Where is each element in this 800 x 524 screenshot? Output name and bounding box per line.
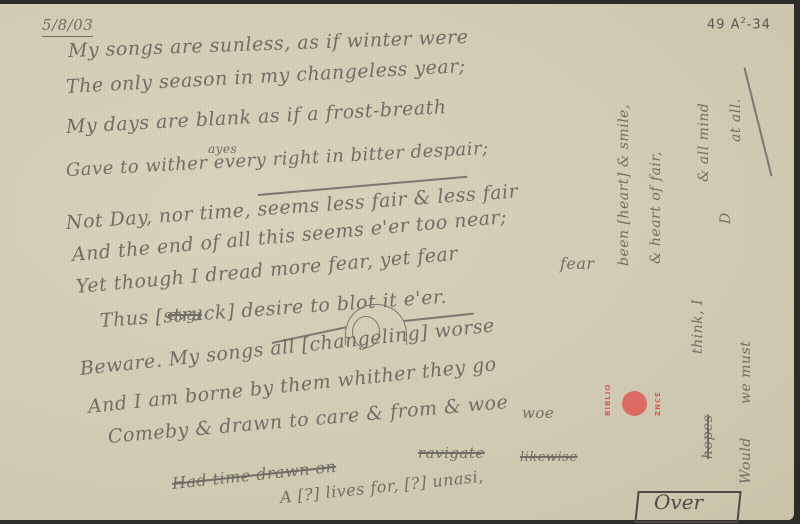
margin-note-7: we must	[738, 341, 754, 404]
margin-note-6: think, I	[690, 299, 706, 354]
margin-vertical-rule	[743, 67, 772, 176]
verse-line-2: The only season in my changeless year;	[65, 55, 466, 98]
manuscript-page: 49 A2-34 5/8/03 My songs are sunless, as…	[0, 4, 794, 520]
margin-note-3: & all mind	[696, 103, 712, 182]
insertion-woe: woe	[522, 404, 554, 422]
catalog-base: 49 A	[707, 17, 741, 32]
margin-note-9-struck: hopes	[700, 415, 716, 459]
insertion-fear: fear	[560, 254, 595, 273]
scan-border-right	[794, 0, 800, 524]
margin-note-1: been [heart] & smile,	[616, 104, 632, 266]
verse-line-4: Gave to wither every right in bitter des…	[65, 138, 489, 181]
library-stamp-icon	[622, 391, 647, 416]
stamp-text-right: ZNCE	[654, 391, 662, 416]
margin-note-4: at all.	[728, 98, 744, 142]
date-heading: 5/8/03	[42, 16, 93, 37]
verse-line-3: My days are blank as if a frost-breath	[65, 96, 447, 138]
struck-word-likewise: likewise	[520, 450, 578, 465]
margin-note-2: & heart of fair,	[648, 151, 664, 264]
insertion-ayes: ayes	[208, 142, 237, 156]
verse-line-1: My songs are sunless, as if winter were	[68, 26, 469, 62]
stamp-text-left: BIBLIO	[604, 384, 612, 416]
over-label: Over	[654, 490, 703, 514]
struck-word-evgi: evgi	[168, 306, 202, 324]
catalog-suffix: -34	[747, 17, 771, 32]
margin-note-8: Would	[738, 437, 754, 484]
catalog-number: 49 A2-34	[707, 16, 771, 32]
margin-note-5: D	[718, 212, 734, 224]
struck-word-ravigate: ravigate	[418, 444, 485, 462]
